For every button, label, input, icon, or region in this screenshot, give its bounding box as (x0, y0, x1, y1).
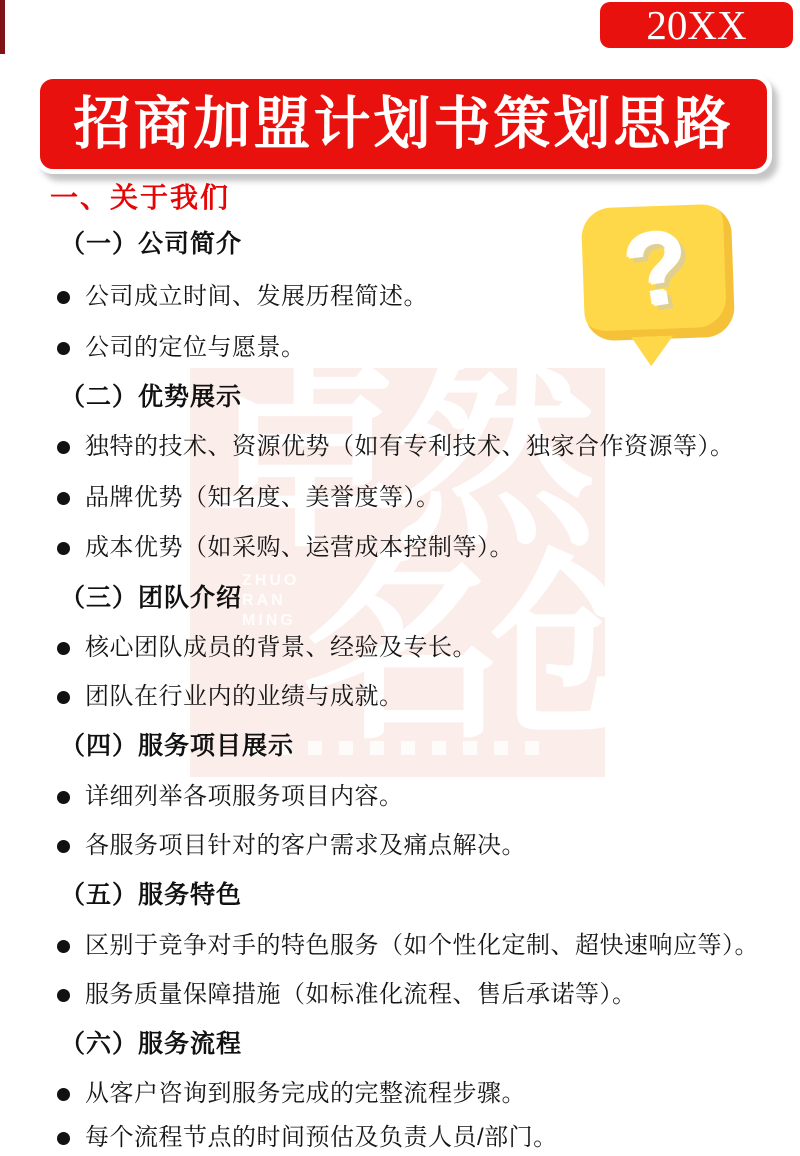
bullet-text: 从客户咨询到服务完成的完整流程步骤。 (85, 1080, 526, 1109)
bullet-dot-icon (57, 940, 70, 953)
bullet-dot-icon (57, 441, 70, 454)
watermark-text-row1: 卓然 (204, 368, 582, 559)
bullet-item: 公司成立时间、发展历程简述。 (55, 283, 428, 312)
bullet-dot-icon (57, 642, 70, 655)
question-mark-glyph: ? (574, 195, 742, 345)
document-page: 20XX 招商加盟计划书策划思路 卓然 名创 ZHUO RAN MING ? 一… (0, 0, 800, 1156)
bullet-dot-icon (57, 291, 70, 304)
bullet-dot-icon (57, 1132, 70, 1145)
bullet-text: 服务质量保障措施（如标准化流程、售后承诺等）。 (85, 981, 637, 1010)
subsection-heading-company-intro: （一）公司简介 (60, 231, 242, 259)
bullet-dot-icon (57, 1088, 70, 1101)
bullet-dot-icon (57, 691, 70, 704)
bullet-dot-icon (57, 492, 70, 505)
bullet-item: 公司的定位与愿景。 (55, 334, 306, 363)
bullet-text: 团队在行业内的业绩与成就。 (85, 683, 404, 712)
bullet-item: 团队在行业内的业绩与成就。 (55, 683, 404, 712)
year-badge: 20XX (600, 2, 793, 48)
bullet-item: 服务质量保障措施（如标准化流程、售后承诺等）。 (55, 981, 637, 1010)
bullet-text: 公司的定位与愿景。 (85, 334, 306, 363)
question-bubble-icon: ? (581, 203, 736, 341)
page-title: 招商加盟计划书策划思路 (74, 96, 734, 153)
watermark-latin-line1: ZHUO (242, 571, 299, 591)
bullet-text: 成本优势（如采购、运营成本控制等）。 (85, 534, 514, 563)
bullet-item: 成本优势（如采购、运营成本控制等）。 (55, 534, 514, 563)
bullet-text: 独特的技术、资源优势（如有专利技术、独家合作资源等）。 (85, 433, 735, 462)
section-heading-about-us: 一、关于我们 (50, 183, 230, 214)
bullet-item: 核心团队成员的背景、经验及专长。 (55, 634, 477, 663)
bullet-item: 各服务项目针对的客户需求及痛点解决。 (55, 832, 526, 861)
bullet-dot-icon (57, 791, 70, 804)
year-text: 20XX (646, 5, 746, 46)
bullet-text: 详细列举各项服务项目内容。 (85, 783, 404, 812)
bullet-item: 独特的技术、资源优势（如有专利技术、独家合作资源等）。 (55, 433, 735, 462)
subsection-heading-advantages: （二）优势展示 (60, 384, 242, 412)
watermark-latin-line3: MING (242, 611, 299, 631)
bullet-dot-icon (57, 989, 70, 1002)
title-banner: 招商加盟计划书策划思路 (35, 74, 772, 174)
bullet-dot-icon (57, 840, 70, 853)
bullet-item: 每个流程节点的时间预估及负责人员/部门。 (55, 1124, 558, 1153)
speech-bubble-tail (631, 336, 674, 367)
bullet-text: 品牌优势（知名度、美誉度等）。 (85, 484, 441, 513)
subsection-heading-service-process: （六）服务流程 (60, 1031, 242, 1059)
subsection-heading-team: （三）团队介绍 (60, 585, 242, 613)
subsection-heading-service-features: （五）服务特色 (60, 882, 242, 910)
bullet-text: 每个流程节点的时间预估及负责人员/部门。 (85, 1124, 558, 1153)
bullet-dot-icon (57, 542, 70, 555)
watermark-latin-line2: RAN (242, 591, 299, 611)
bullet-item: 品牌优势（知名度、美誉度等）。 (55, 484, 441, 513)
watermark: 卓然 名创 ZHUO RAN MING (190, 368, 605, 777)
bullet-item: 从客户咨询到服务完成的完整流程步骤。 (55, 1080, 526, 1109)
subsection-heading-service-projects: （四）服务项目展示 (60, 733, 294, 761)
bullet-text: 公司成立时间、发展历程简述。 (85, 283, 428, 312)
bullet-dot-icon (57, 342, 70, 355)
bullet-item: 详细列举各项服务项目内容。 (55, 783, 404, 812)
left-accent-bar (0, 0, 5, 54)
bullet-text: 各服务项目针对的客户需求及痛点解决。 (85, 832, 526, 861)
watermark-latin-text: ZHUO RAN MING (242, 571, 299, 631)
bullet-text: 核心团队成员的背景、经验及专长。 (85, 634, 477, 663)
bullet-item: 区别于竞争对手的特色服务（如个性化定制、超快速响应等）。 (55, 932, 759, 961)
bullet-text: 区别于竞争对手的特色服务（如个性化定制、超快速响应等）。 (85, 932, 759, 961)
